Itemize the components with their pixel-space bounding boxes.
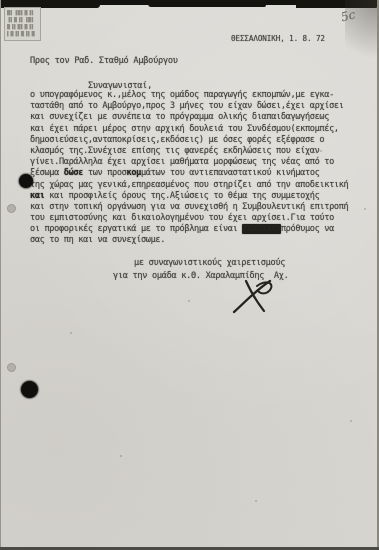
scanned-letter-page: █▌▐█▌█▐▌ ▐▌█▐▌▐█▌ █▐▌█▌█▐▌ ▌█▐▌█▐▌█ 5c Θ… bbox=[0, 0, 379, 550]
letter-line: δημοσιεύσεις,ανταποκρίσεις,εκδόσεις) με … bbox=[30, 135, 362, 146]
letter-text: οι προφορικές εργατικά με το πρόβλημα εί… bbox=[30, 224, 242, 234]
scan-edge-top-blob bbox=[148, 0, 266, 7]
letter-text: γίνει.Παράλληλα έχει αρχίσει μαθήματα μο… bbox=[30, 157, 334, 167]
letter-body: ο υπογραφόμενος κ.,μέλος της ομάδος παρα… bbox=[30, 90, 362, 247]
punch-hole-faint-bottom bbox=[7, 363, 16, 372]
letter-line: και στην τοπική οργάνωση για να συνεχισθ… bbox=[30, 202, 362, 213]
letter-text: σας το πη και να συνεχίσωμε. bbox=[30, 235, 165, 245]
letter-text: και προσφιλείς όρους της.Αξιώσεις το θέμ… bbox=[44, 191, 319, 201]
letter-text: ο υπογραφόμενος κ.,μέλος της ομάδος παρα… bbox=[30, 90, 334, 100]
letter-recipient: Προς τον Ραδ. Σταθμό Αμβούργου bbox=[30, 56, 178, 66]
letter-text: της χώρας μας γενικά,επηρεασμένος που στ… bbox=[30, 180, 348, 190]
overstruck-text: και bbox=[30, 191, 44, 201]
letter-text: και στην τοπική οργάνωση για να συνεχισθ… bbox=[30, 202, 348, 212]
scan-edge-left bbox=[0, 0, 1, 550]
letter-line: και συνεχίζει με συνέπεια το πρόγραμμα ο… bbox=[30, 112, 362, 123]
overstruck-text: κομ bbox=[127, 168, 141, 178]
overstruck-text: δώσε bbox=[64, 168, 83, 178]
letter-line: του εμπιστοσύνης και δικαιολογημένου του… bbox=[30, 213, 362, 224]
letter-text: και έχει πάρει μέρος στην αρχική δουλειά… bbox=[30, 124, 339, 134]
letter-text: ξέσωμα bbox=[30, 168, 64, 178]
letter-line: ξέσωμα δώσε των προσκομμάτων του αντιεπα… bbox=[30, 168, 362, 179]
letter-line: ταστάθη από το Αμβούργο,προς 3 μήνες του… bbox=[30, 101, 362, 112]
scan-speckle bbox=[255, 500, 257, 502]
letter-line: ο υπογραφόμενος κ.,μέλος της ομάδος παρα… bbox=[30, 90, 362, 101]
punch-hole-faint-top bbox=[7, 204, 16, 213]
scan-speckle bbox=[364, 208, 366, 210]
letter-text: πρόθυμος να bbox=[281, 224, 334, 234]
punch-hole-black-top bbox=[19, 174, 33, 188]
letter-text: ταστάθη από το Αμβούργο,προς 3 μήνες του… bbox=[30, 101, 344, 111]
stamp-row: ▌█▐▌█▐▌█ bbox=[7, 31, 39, 38]
letter-text: μάτων του αντιεπαναστατικού κινήματος bbox=[141, 168, 319, 178]
scan-speckle bbox=[350, 420, 352, 422]
letter-text: κλασμός της.Συνέχισε επίσης τις φανερές … bbox=[30, 146, 319, 156]
scan-speckle bbox=[120, 455, 122, 457]
scan-speckle bbox=[188, 300, 190, 302]
letter-text: και συνεχίζει με συνέπεια το πρόγραμμα ο… bbox=[30, 112, 329, 122]
letter-text: δημοσιεύσεις,ανταποκρίσεις,εκδόσεις) με … bbox=[30, 135, 324, 145]
scan-speckle bbox=[70, 332, 72, 334]
stamp-row: ▐▌█▐▌▐█▌ bbox=[7, 17, 39, 24]
letter-line: γίνει.Παράλληλα έχει αρχίσει μαθήματα μο… bbox=[30, 157, 362, 168]
stamp-row: █▌▐█▌█▐▌ bbox=[7, 10, 39, 17]
scan-speckle bbox=[320, 150, 322, 152]
stamp-row: █▐▌█▌█▐▌ bbox=[7, 24, 39, 31]
letter-line: κλασμός της.Συνέχισε επίσης τις φανερές … bbox=[30, 146, 362, 157]
archive-stamp: █▌▐█▌█▐▌ ▐▌█▐▌▐█▌ █▐▌█▌█▐▌ ▌█▐▌█▐▌█ bbox=[4, 7, 41, 41]
letter-line: και και προσφιλείς όρους της.Αξιώσεις το… bbox=[30, 191, 362, 202]
scan-speckle bbox=[40, 60, 43, 62]
letter-text: του εμπιστοσύνης και δικαιολογημένου του… bbox=[30, 213, 334, 223]
letter-line: σας το πη και να συνεχίσωμε. bbox=[30, 235, 362, 246]
signature-mark bbox=[230, 278, 280, 316]
letter-line: και έχει πάρει μέρος στην αρχική δουλειά… bbox=[30, 124, 362, 135]
letter-text: των προσ bbox=[83, 168, 126, 178]
letter-line: της χώρας μας γενικά,επηρεασμένος που στ… bbox=[30, 180, 362, 191]
letter-dateline: ΘΕΣΣΑΛΟΝΙΚΗ, 1. 8. 72 bbox=[231, 34, 325, 43]
punch-hole-black-bottom bbox=[21, 381, 38, 398]
redacted-text: ΧΧΧΧΧΧΧΧ bbox=[242, 224, 281, 234]
letter-closing-greeting: με συναγωνιστικούς χαιρετισμούς bbox=[134, 258, 285, 268]
letter-line: οι προφορικές εργατικά με το πρόβλημα εί… bbox=[30, 224, 362, 235]
